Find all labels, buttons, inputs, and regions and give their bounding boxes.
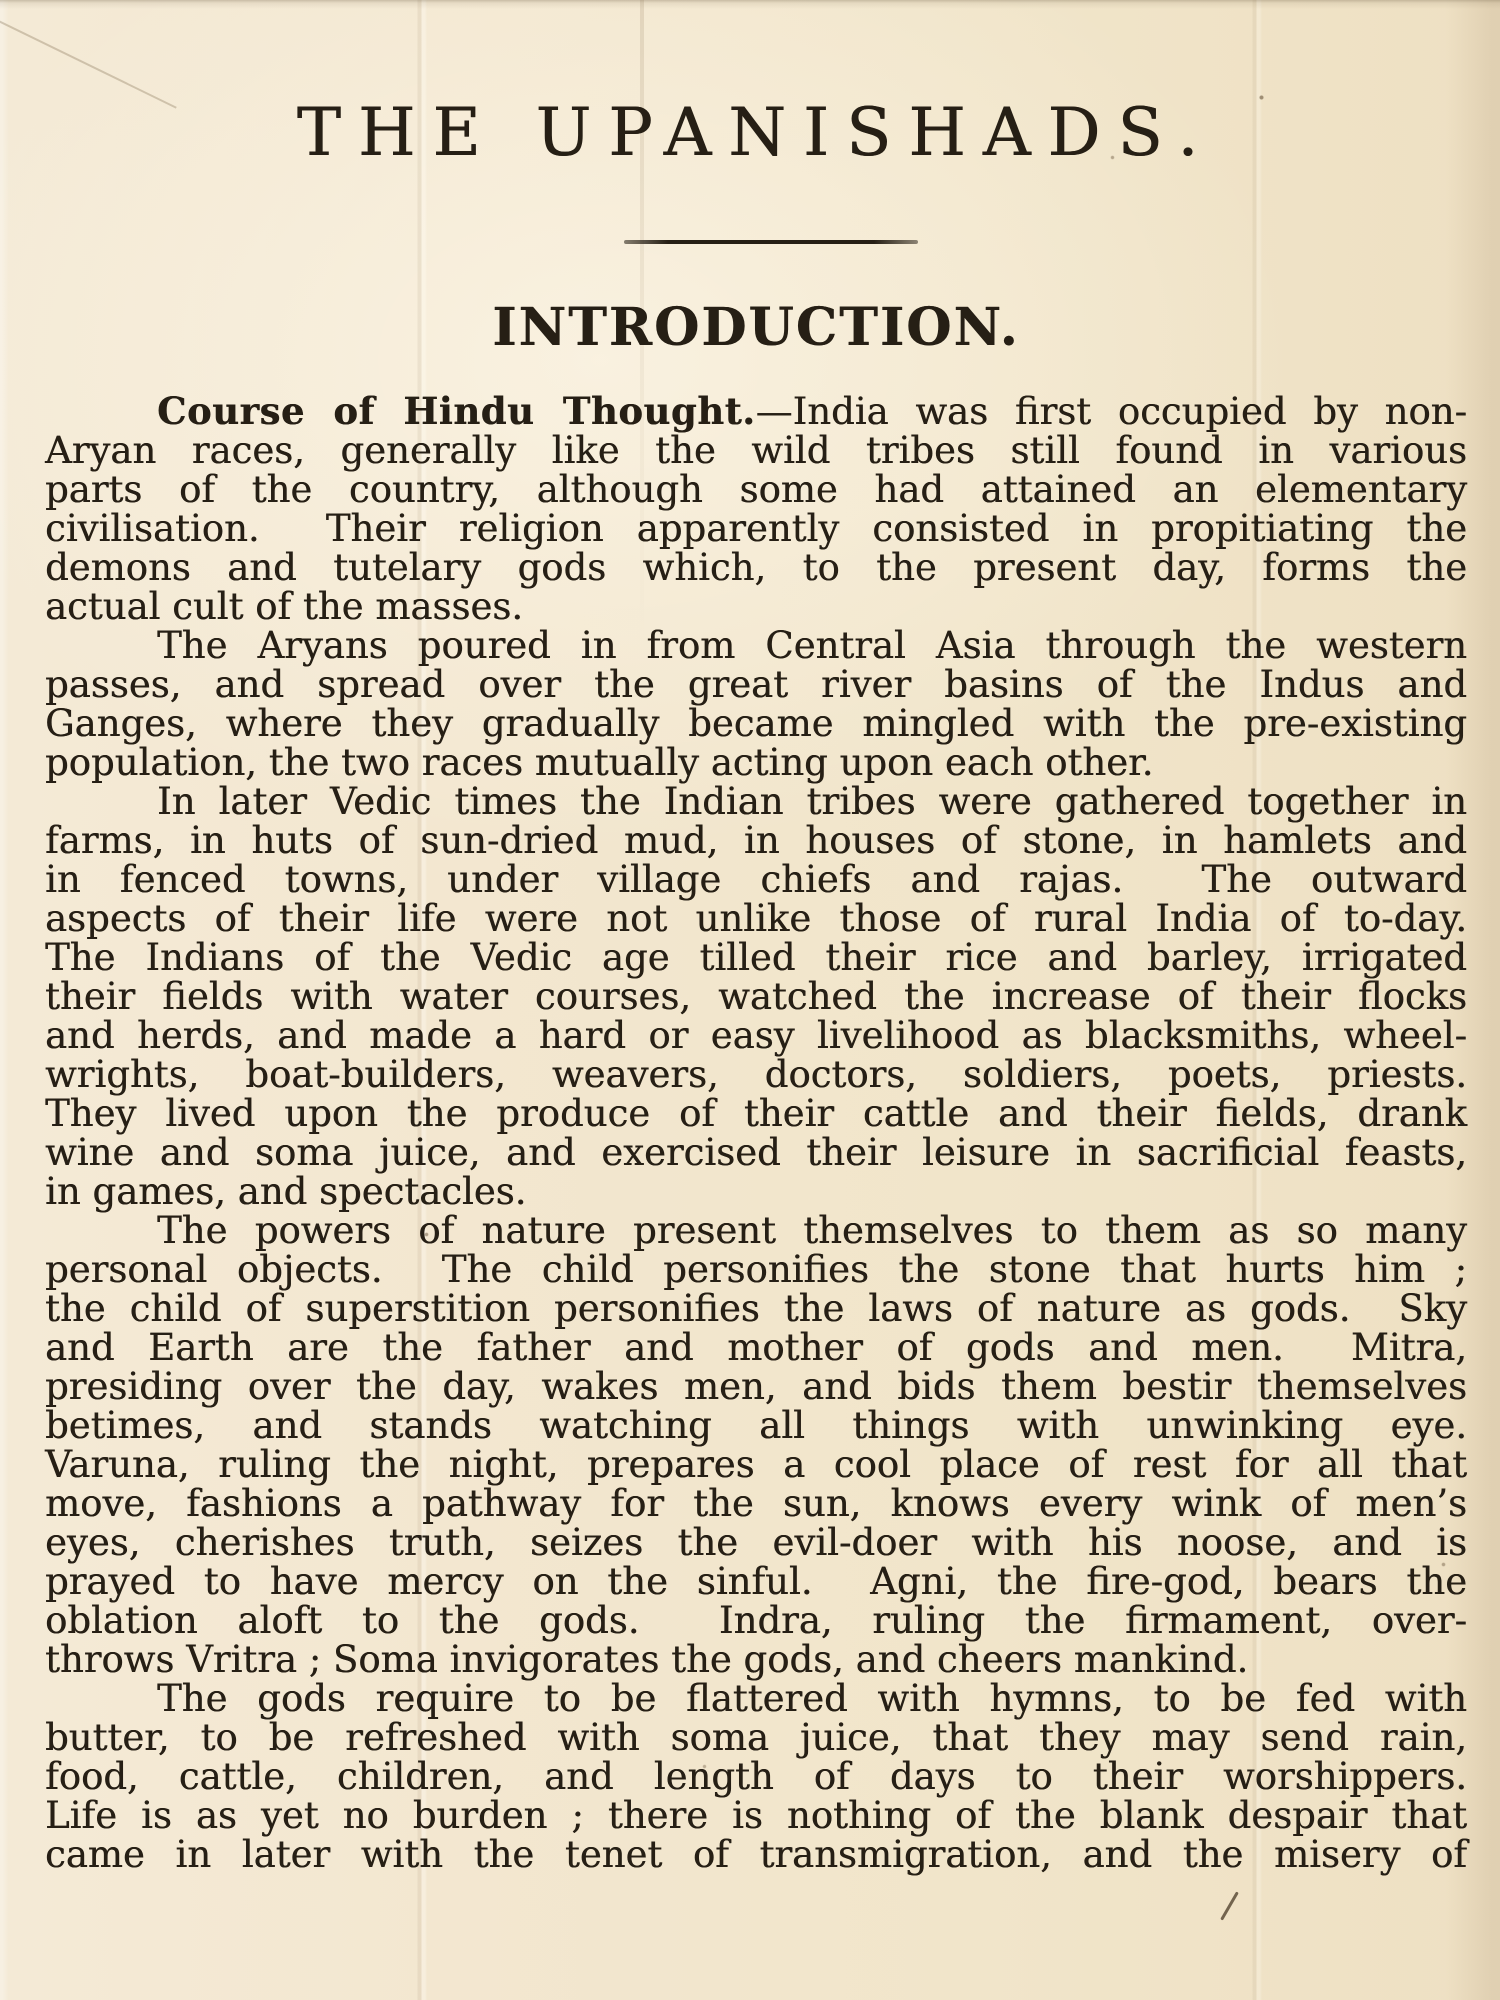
text-line: betimes, and stands watching all things … [45, 1406, 1467, 1445]
paragraph: The Aryans poured in from Central Asia t… [45, 626, 1467, 782]
text-line: farms, in huts of sun-dried mud, in hous… [45, 821, 1467, 860]
text-line: prayed to have mercy on the sinful. Agni… [45, 1562, 1467, 1601]
text-line: oblation aloft to the gods. Indra, rulin… [45, 1601, 1467, 1640]
text-line: presiding over the day, wakes men, and b… [45, 1367, 1467, 1406]
pen-mark [1220, 1891, 1239, 1920]
text-line: the child of superstition personifies th… [45, 1289, 1467, 1328]
book-page: THE UPANISHADS. INTRODUCTION. Course of … [0, 0, 1500, 2000]
text-line: in fenced towns, under village chiefs an… [45, 860, 1467, 899]
text-line: civilisation. Their religion apparently … [45, 509, 1467, 548]
text-line: They lived upon the produce of their cat… [45, 1094, 1467, 1133]
text-line: population, the two races mutually actin… [45, 743, 1467, 782]
text-line: and Earth are the father and mother of g… [45, 1328, 1467, 1367]
text-line: came in later with the tenet of transmig… [45, 1835, 1467, 1874]
text-line: Ganges, where they gradually became ming… [45, 704, 1467, 743]
text-line: Varuna, ruling the night, prepares a coo… [45, 1445, 1467, 1484]
text-line: parts of the country, although some had … [45, 470, 1467, 509]
text-line: The powers of nature present themselves … [45, 1211, 1467, 1250]
page-title: THE UPANISHADS. [45, 100, 1467, 166]
text-line: butter, to be refreshed with soma juice,… [45, 1718, 1467, 1757]
title-divider-rule [624, 240, 918, 244]
text-line: demons and tutelary gods which, to the p… [45, 548, 1467, 587]
text-line: food, cattle, children, and length of da… [45, 1757, 1467, 1796]
text-line: and herds, and made a hard or easy livel… [45, 1016, 1467, 1055]
paragraph-lead: Course of Hindu Thought. [157, 389, 756, 433]
text-line: The Aryans poured in from Central Asia t… [45, 626, 1467, 665]
body-text: Course of Hindu Thought.—India was first… [45, 392, 1467, 1874]
text-line: eyes, cherishes truth, seizes the evil-d… [45, 1523, 1467, 1562]
text-line: move, fashions a pathway for the sun, kn… [45, 1484, 1467, 1523]
paragraph: In later Vedic times the Indian tribes w… [45, 782, 1467, 1211]
text-line: Course of Hindu Thought.—India was first… [45, 392, 1467, 431]
paragraph: Course of Hindu Thought.—India was first… [45, 392, 1467, 626]
paragraph: The gods require to be flattered with hy… [45, 1679, 1467, 1874]
text-line: their fields with water courses, watched… [45, 977, 1467, 1016]
text-line: wine and soma juice, and exercised their… [45, 1133, 1467, 1172]
text-line: The gods require to be flattered with hy… [45, 1679, 1467, 1718]
text-line: wrights, boat-builders, weavers, doctors… [45, 1055, 1467, 1094]
text-line: personal objects. The child personifies … [45, 1250, 1467, 1289]
text-line: actual cult of the masses. [45, 587, 1467, 626]
text-line: throws Vritra ; Soma invigorates the god… [45, 1640, 1467, 1679]
text-line: passes, and spread over the great river … [45, 665, 1467, 704]
paragraph: The powers of nature present themselves … [45, 1211, 1467, 1679]
section-heading: INTRODUCTION. [45, 300, 1467, 356]
paper-crease [0, 6, 177, 109]
text-line: Life is as yet no burden ; there is noth… [45, 1796, 1467, 1835]
text-line: In later Vedic times the Indian tribes w… [45, 782, 1467, 821]
text-line: The Indians of the Vedic age tilled thei… [45, 938, 1467, 977]
text-line: Aryan races, generally like the wild tri… [45, 431, 1467, 470]
text-line: in games, and spectacles. [45, 1172, 1467, 1211]
text-line: aspects of their life were not unlike th… [45, 899, 1467, 938]
